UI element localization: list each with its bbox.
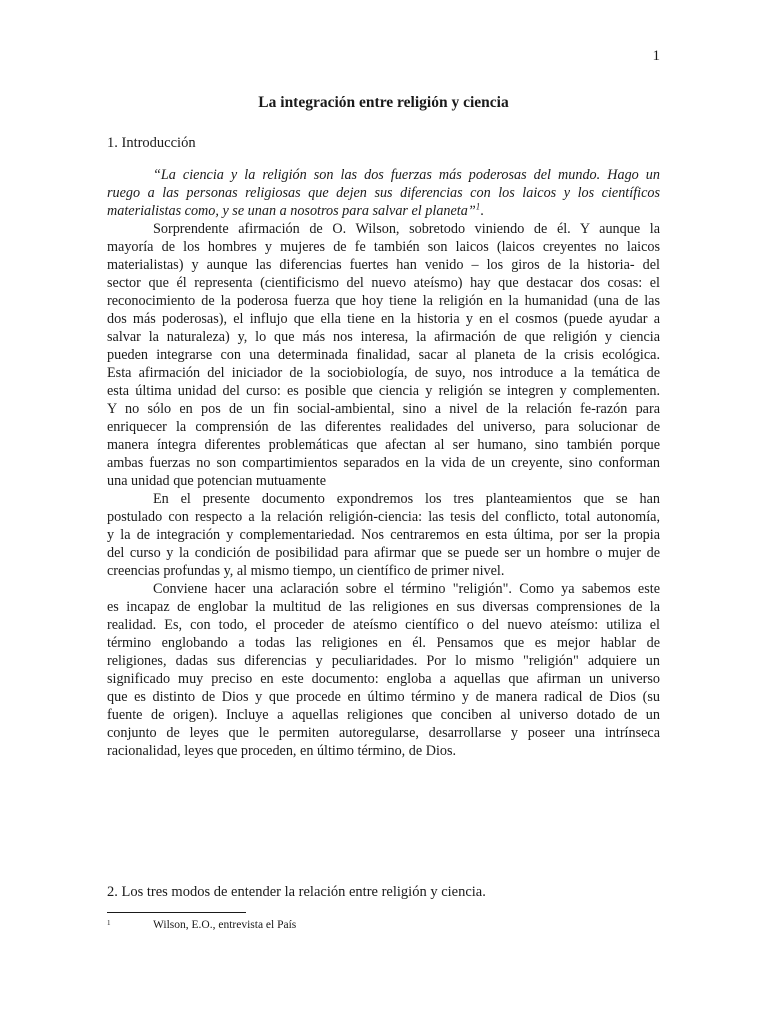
paragraph-line: Esta afirmación del iniciador de la soci… — [107, 364, 660, 382]
paragraph-line: religiones, dadas sus diferencias y pecu… — [107, 652, 660, 670]
paragraph-line: fuente de origen). Incluye a aquellas re… — [107, 706, 660, 724]
section-heading-introduction: 1. Introducción — [107, 134, 660, 152]
paragraph-line: materialistas) y aunque las diferencias … — [107, 256, 660, 274]
page-number: 1 — [640, 47, 660, 65]
paragraph-line: Y no sólo en pos de un fin social-ambien… — [107, 400, 660, 418]
paragraph-line: del curso y la condición de posibilidad … — [107, 544, 660, 562]
paragraph-line: sector que él representa (cientificismo … — [107, 274, 660, 292]
paragraph-line: creencias profundas y, al mismo tiempo, … — [107, 562, 660, 580]
opening-quote: “La ciencia y la religión son las dos fu… — [107, 166, 660, 220]
section-heading-three-modes: 2. Los tres modos de entender la relació… — [107, 883, 660, 901]
footnote-text: Wilson, E.O., entrevista el País — [153, 918, 296, 932]
quote-line: ruego a las personas religiosas que deje… — [107, 184, 660, 202]
quote-line: “La ciencia y la religión son las dos fu… — [107, 166, 660, 184]
footnote-separator — [107, 912, 246, 913]
paragraph-line: y la de integración y complementariedad.… — [107, 526, 660, 544]
paragraph-line: significado muy preciso en este document… — [107, 670, 660, 688]
paragraph-line: conjunto de leyes que le permiten autore… — [107, 724, 660, 742]
paragraph-line: ambas fuerzas no son compartimientos sep… — [107, 454, 660, 472]
quote-trailing-punctuation: . — [480, 203, 484, 219]
paragraph-line: término englobando a todas las religione… — [107, 634, 660, 652]
paragraph-line: pueden integrarse con una determinada fi… — [107, 346, 660, 364]
document-title: La integración entre religión y ciencia — [107, 93, 660, 113]
paragraph-2: En el presente documento expondremos los… — [107, 490, 660, 580]
paragraph-line: dos más poderosas), el influjo que ella … — [107, 310, 660, 328]
paragraph-line: reconocimiento de la poderosa fuerza que… — [107, 292, 660, 310]
paragraph-line: enriquecer la comprensión de las diferen… — [107, 418, 660, 436]
footnote-number: 1 — [107, 916, 111, 930]
paragraph-line: Conviene hacer una aclaración sobre el t… — [107, 580, 660, 598]
paragraph-line: esta última unidad del curso: es posible… — [107, 382, 660, 400]
paragraph-line: manera íntegra diferentes problemáticas … — [107, 436, 660, 454]
paragraph-line: Sorprendente afirmación de O. Wilson, so… — [107, 220, 660, 238]
quote-line-final: materialistas como, y se unan a nosotros… — [107, 202, 660, 220]
paragraph-3: Conviene hacer una aclaración sobre el t… — [107, 580, 660, 760]
paragraph-line: que es distinto de Dios y que procede en… — [107, 688, 660, 706]
document-page: 1 La integración entre religión y cienci… — [0, 0, 768, 1024]
paragraph-line: realidad. Es, con todo, el proceder de a… — [107, 616, 660, 634]
paragraph-line: En el presente documento expondremos los… — [107, 490, 660, 508]
paragraph-line: es incapaz de englobar la multitud de la… — [107, 598, 660, 616]
paragraph-line: racionalidad, leyes que proceden, en últ… — [107, 742, 660, 760]
paragraph-line: una unidad que potencian mutuamente — [107, 472, 660, 490]
paragraph-line: mayoría de los hombres y mujeres de fe t… — [107, 238, 660, 256]
paragraph-1: Sorprendente afirmación de O. Wilson, so… — [107, 220, 660, 490]
paragraph-line: postulado con respecto a la relación rel… — [107, 508, 660, 526]
paragraph-line: salvar la naturaleza) y, lo que más nos … — [107, 328, 660, 346]
quote-line-text: materialistas como, y se unan a nosotros… — [107, 203, 476, 219]
